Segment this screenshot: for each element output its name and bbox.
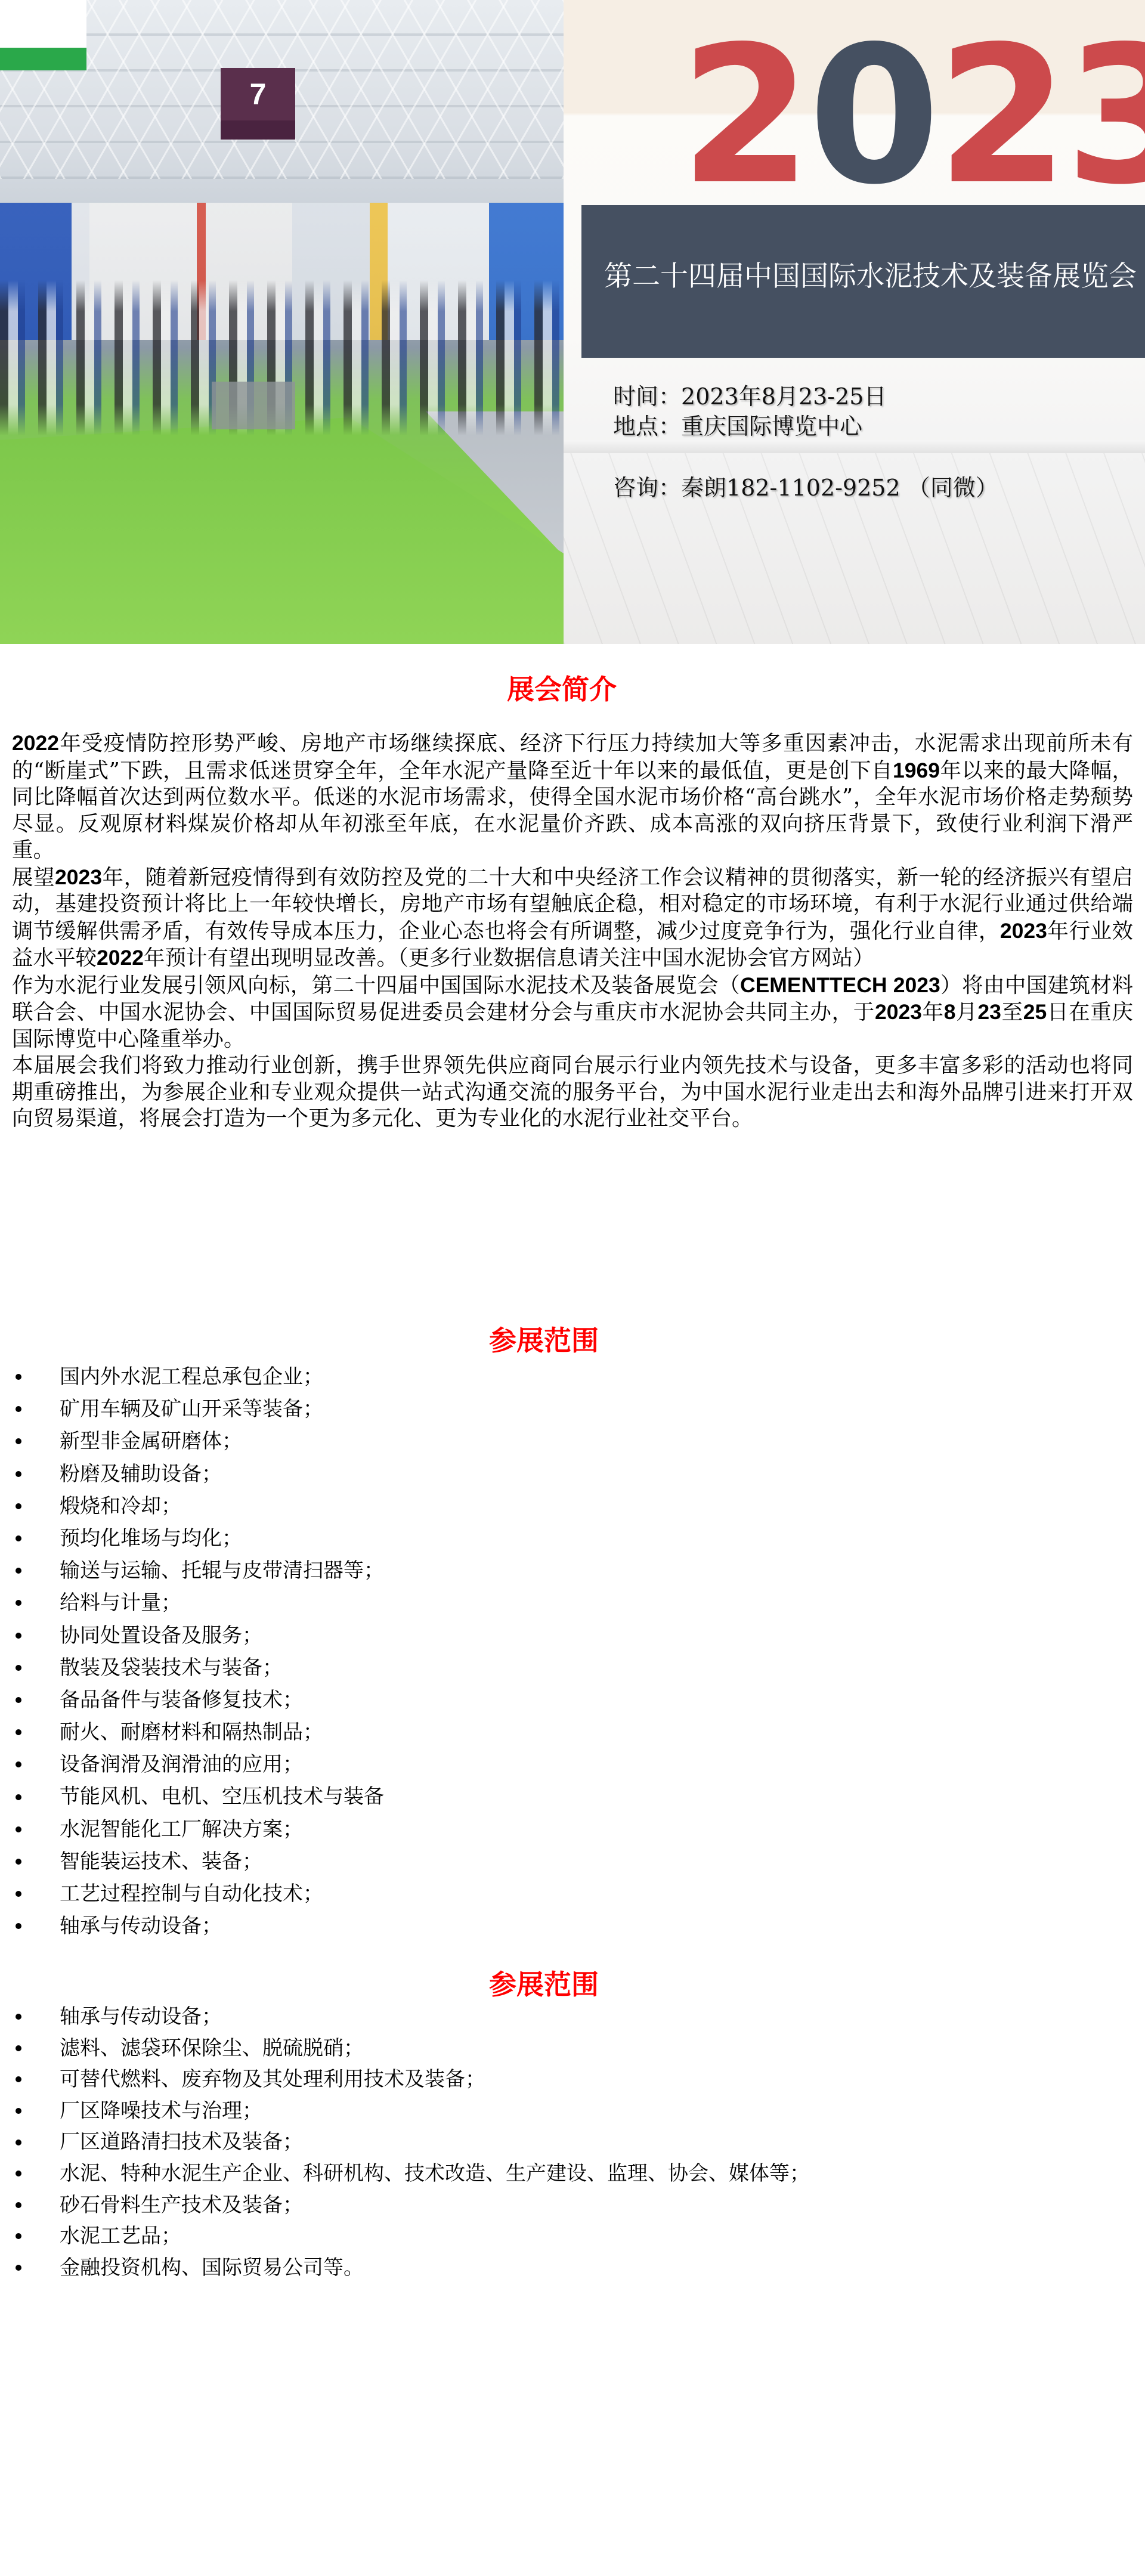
floor-mat [212, 382, 295, 429]
year-digit-2: 0 [808, 26, 936, 205]
scope-item-label: 智能装运技术、装备； [60, 1850, 262, 1874]
exhibition-title: 第二十四届中国国际水泥技术及装备展览会 [581, 260, 1137, 293]
bullet-icon [16, 1729, 21, 1735]
intro-text: 本届展会我们将致力推动行业创新，携手世界领先供应商同台展示行业内领先技术与设备，… [12, 1053, 1133, 1131]
exhibition-hall-photo: 7 [0, 0, 564, 644]
bullet-icon [16, 1438, 21, 1444]
scope-item-label: 预均化堆场与均化； [60, 1527, 242, 1550]
intro-text: 月 [956, 1000, 978, 1024]
scope-list-item: 可替代燃料、废弃物及其处理利用技术及装备； [0, 2064, 810, 2095]
bullet-icon [16, 1600, 21, 1606]
scope-list-item: 节能风机、电机、空压机技术与装备 [0, 1781, 384, 1813]
scope-item-label: 轴承与传动设备； [60, 2005, 222, 2029]
bullet-icon [16, 2171, 21, 2176]
bullet-icon [16, 1406, 21, 1412]
bullet-icon [16, 1794, 21, 1800]
scope-item-label: 输送与运输、托辊与皮带清扫器等； [60, 1559, 384, 1583]
scope-item-label: 节能风机、电机、空压机技术与装备 [60, 1785, 384, 1809]
intro-emphasis: 2023 [1000, 919, 1047, 943]
intro-emphasis: 8 [944, 1000, 956, 1024]
scope-list-item: 煅烧和冷却； [0, 1490, 384, 1522]
bullet-icon [16, 2014, 21, 2020]
intro-emphasis: 2022 [12, 731, 59, 755]
scope-item-label: 协同处置设备及服务； [60, 1624, 262, 1648]
year-digit-4: 3 [1065, 26, 1145, 205]
intro-emphasis: 2022 [97, 946, 144, 970]
scope-heading-1: 参展范围 [489, 1325, 599, 1356]
intro-emphasis: 1969 [893, 758, 940, 782]
hero-banner: 7 2023 第二十四届中国国际水泥技术及装备展览会 时间：2023年8月23-… [0, 0, 1145, 644]
scope-list-item: 厂区道路清扫技术及装备； [0, 2126, 810, 2158]
scope-list-item: 输送与运输、托辊与皮带清扫器等； [0, 1555, 384, 1587]
scope-list-item: 给料与计量； [0, 1587, 384, 1619]
event-contact: 咨询：秦朗182-1102-9252 （同微） [613, 473, 998, 502]
intro-paragraph: 展望2023年，随着新冠疫情得到有效防控及党的二十大和中央经济工作会议精神的贯彻… [12, 864, 1133, 972]
scope-item-label: 水泥智能化工厂解决方案； [60, 1818, 303, 1841]
intro-body: 2022年受疫情防控形势严峻、房地产市场继续探底、经济下行压力持续加大等多重因素… [12, 730, 1133, 1132]
wall-skirting [564, 440, 1145, 453]
event-time: 时间：2023年8月23-25日 [613, 382, 886, 411]
bullet-icon [16, 1697, 21, 1703]
bullet-icon [16, 1859, 21, 1865]
intro-text: 作为水泥行业发展引领风向标，第二十四届中国国际水泥技术及装备展览会（ [12, 973, 740, 998]
scope-item-label: 新型非金属研磨体； [60, 1429, 242, 1453]
bullet-icon [16, 2076, 21, 2082]
bullet-icon [16, 1568, 21, 1574]
bullet-icon [16, 1826, 21, 1832]
scope-item-label: 轴承与传动设备； [60, 1914, 222, 1938]
scope-list-item: 轴承与传动设备； [0, 2001, 810, 2033]
scope-item-label: 备品备件与装备修复技术； [60, 1688, 303, 1712]
scope-list-item: 粉磨及辅助设备； [0, 1458, 384, 1490]
intro-emphasis: CEMENTTECH 2023 [740, 973, 940, 997]
scope-list-item: 设备润滑及润滑油的应用； [0, 1748, 384, 1781]
bullet-icon [16, 1633, 21, 1639]
scope-item-label: 滤料、滤袋环保除尘、脱硫脱硝； [60, 2036, 364, 2060]
intro-text: 年，随着新冠疫情得到有效防控及党的二十大和中央经济工作会议精神的贯彻落实，新一轮… [12, 865, 1133, 943]
contact-label: 咨询： [613, 475, 681, 501]
scope-list-item: 新型非金属研磨体； [0, 1425, 384, 1457]
scope-item-label: 水泥工艺品； [60, 2224, 181, 2248]
scope-list-item: 预均化堆场与均化； [0, 1522, 384, 1555]
bullet-icon [16, 1761, 21, 1767]
scope-list-item: 金融投资机构、国际贸易公司等。 [0, 2252, 810, 2284]
scope-list-item: 工艺过程控制与自动化技术； [0, 1878, 384, 1910]
time-label: 时间： [613, 383, 681, 410]
scope-item-label: 煅烧和冷却； [60, 1494, 181, 1518]
intro-text: 年 [922, 1000, 944, 1024]
bullet-icon [16, 1503, 21, 1509]
intro-text: 展望 [12, 865, 55, 890]
scope-list-item: 备品备件与装备修复技术； [0, 1684, 384, 1716]
intro-paragraph: 作为水泥行业发展引领风向标，第二十四届中国国际水泥技术及装备展览会（CEMENT… [12, 972, 1133, 1053]
scope-list-item: 水泥、特种水泥生产企业、科研机构、技术改造、生产建设、监理、协会、媒体等； [0, 2158, 810, 2190]
intro-text: 至 [1001, 1000, 1023, 1024]
venue-label: 地点： [613, 413, 681, 439]
intro-text: 年预计有望出现明显改善。（更多行业数据信息请关注中国水泥协会官方网站） [144, 946, 874, 970]
scope-list-item: 智能装运技术、装备； [0, 1846, 384, 1878]
year-display: 2023 [680, 26, 1145, 205]
scope-heading-2: 参展范围 [489, 1969, 599, 2000]
bullet-icon [16, 1374, 21, 1380]
bullet-icon [16, 2265, 21, 2271]
time-value: 2023年8月23-25日 [681, 383, 886, 410]
bullet-icon [16, 2140, 21, 2145]
scope-list-item: 水泥工艺品； [0, 2221, 810, 2252]
bullet-icon [16, 2202, 21, 2208]
bullet-icon [16, 1535, 21, 1541]
scope-list-2: 轴承与传动设备；滤料、滤袋环保除尘、脱硫脱硝；可替代燃料、废弃物及其处理利用技术… [0, 2001, 810, 2283]
scope-list-1: 国内外水泥工程总承包企业；矿用车辆及矿山开采等装备；新型非金属研磨体；粉磨及辅助… [0, 1361, 384, 1942]
scope-list-item: 协同处置设备及服务； [0, 1620, 384, 1652]
scope-item-label: 金融投资机构、国际贸易公司等。 [60, 2256, 364, 2280]
scope-item-label: 粉磨及辅助设备； [60, 1462, 222, 1486]
intro-paragraph: 本届展会我们将致力推动行业创新，携手世界领先供应商同台展示行业内领先技术与设备，… [12, 1052, 1133, 1132]
scope-item-label: 工艺过程控制与自动化技术； [60, 1882, 323, 1906]
scope-list-item: 砂石骨料生产技术及装备； [0, 2190, 810, 2221]
bullet-icon [16, 1471, 21, 1477]
intro-paragraph: 2022年受疫情防控形势严峻、房地产市场继续探底、经济下行压力持续加大等多重因素… [12, 730, 1133, 864]
bullet-icon [16, 1923, 21, 1929]
intro-emphasis: 2023 [55, 865, 102, 889]
hall-sign-base [221, 120, 295, 140]
intro-emphasis: 2023 [875, 1000, 922, 1024]
bullet-icon [16, 2108, 21, 2114]
booth-sign-green [0, 0, 86, 70]
scope-list-item: 矿用车辆及矿山开采等装备； [0, 1393, 384, 1425]
scope-list-item: 水泥智能化工厂解决方案； [0, 1813, 384, 1846]
scope-list-item: 厂区降噪技术与治理； [0, 2095, 810, 2127]
intro-emphasis: 23 [977, 1000, 1001, 1024]
scope-list-item: 滤料、滤袋环保除尘、脱硫脱硝； [0, 2033, 810, 2064]
contact-value[interactable]: 秦朗182-1102-9252 （同微） [681, 475, 998, 501]
scope-item-label: 厂区降噪技术与治理； [60, 2099, 262, 2123]
scope-item-label: 设备润滑及润滑油的应用； [60, 1753, 303, 1776]
event-venue: 地点：重庆国际博览中心 [613, 412, 862, 441]
scope-item-label: 给料与计量； [60, 1591, 181, 1615]
bullet-icon [16, 2233, 21, 2239]
scope-item-label: 散装及袋装技术与装备； [60, 1656, 283, 1680]
scope-item-label: 水泥、特种水泥生产企业、科研机构、技术改造、生产建设、监理、协会、媒体等； [60, 2162, 810, 2185]
scope-item-label: 厂区道路清扫技术及装备； [60, 2130, 303, 2154]
scope-item-label: 可替代燃料、废弃物及其处理利用技术及装备； [60, 2067, 485, 2091]
year-digit-1: 2 [680, 26, 808, 205]
scope-list-item: 散装及袋装技术与装备； [0, 1652, 384, 1684]
scope-item-label: 耐火、耐磨材料和隔热制品； [60, 1720, 323, 1744]
hall-number-sign: 7 [221, 68, 295, 120]
scope-item-label: 国内外水泥工程总承包企业； [60, 1365, 323, 1389]
bullet-icon [16, 1891, 21, 1897]
year-digit-3: 2 [937, 26, 1065, 205]
intro-emphasis: 25 [1023, 1000, 1047, 1024]
scope-item-label: 矿用车辆及矿山开采等装备； [60, 1397, 323, 1421]
scope-list-item: 国内外水泥工程总承包企业； [0, 1361, 384, 1393]
bullet-icon [16, 2045, 21, 2051]
scope-list-item: 耐火、耐磨材料和隔热制品； [0, 1716, 384, 1748]
venue-value: 重庆国际博览中心 [681, 413, 862, 439]
scope-item-label: 砂石骨料生产技术及装备； [60, 2193, 303, 2217]
bullet-icon [16, 1665, 21, 1671]
scope-list-item: 轴承与传动设备； [0, 1910, 384, 1942]
intro-heading: 展会简介 [507, 674, 617, 705]
exhibition-title-bar: 第二十四届中国国际水泥技术及装备展览会 [581, 205, 1145, 358]
